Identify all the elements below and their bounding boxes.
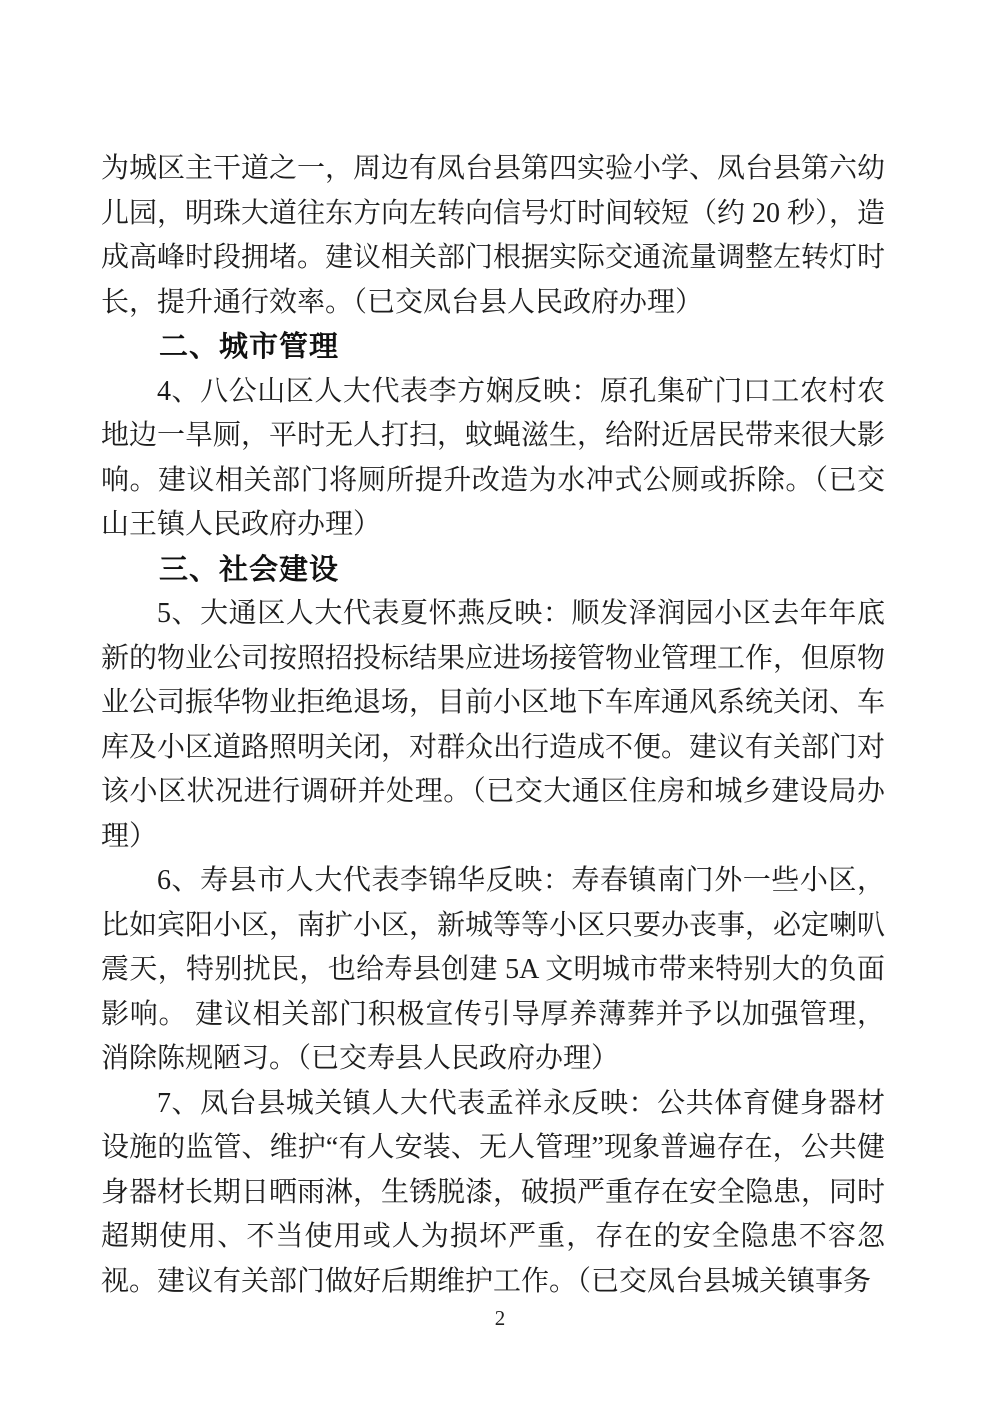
page-number: 2 [0, 1306, 1000, 1331]
section-heading-social-construction: 三、社会建设 [101, 548, 885, 593]
paragraph-continuation-traffic: 为城区主干道之一，周边有凤台县第四实验小学、凤台县第六幼儿园，明珠大道往东方向左… [101, 147, 885, 325]
document-page: 为城区主干道之一，周边有凤台县第四实验小学、凤台县第六幼儿园，明珠大道往东方向左… [0, 0, 1000, 1415]
paragraph-item-5: 5、大通区人大代表夏怀燕反映：顺发泽润园小区去年年底新的物业公司按照招投标结果应… [101, 592, 885, 859]
paragraph-item-7: 7、凤台县城关镇人大代表孟祥永反映：公共体育健身器材设施的监管、维护“有人安装、… [101, 1082, 885, 1305]
section-heading-city-management: 二、城市管理 [101, 325, 885, 370]
document-body: 为城区主干道之一，周边有凤台县第四实验小学、凤台县第六幼儿园，明珠大道往东方向左… [101, 147, 885, 1304]
paragraph-item-4: 4、八公山区人大代表李方娴反映：原孔集矿门口工农村农地边一旱厕，平时无人打扫，蚊… [101, 370, 885, 548]
paragraph-item-6: 6、寿县市人大代表李锦华反映：寿春镇南门外一些小区，比如宾阳小区，南扩小区，新城… [101, 859, 885, 1082]
